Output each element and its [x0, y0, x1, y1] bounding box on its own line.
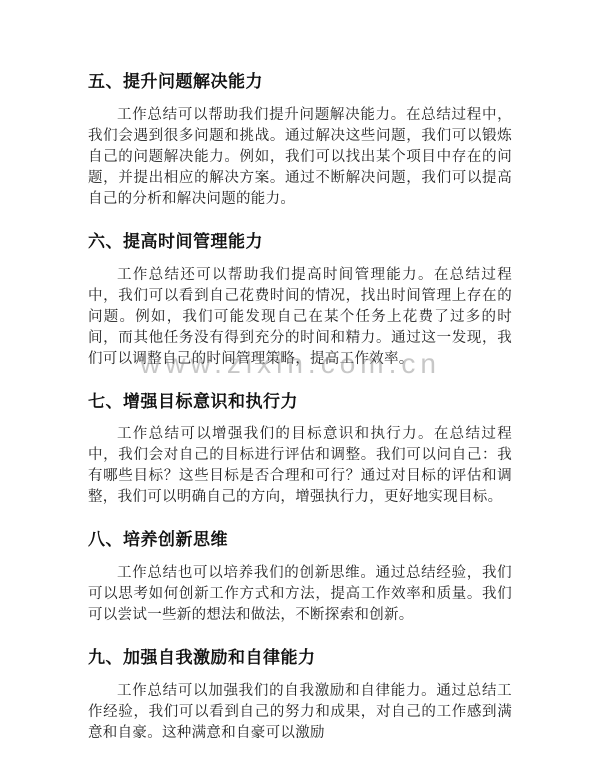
- section-8: 八、培养创新思维 工作总结也可以培养我们的创新思维。通过总结经验，我们可以思考如…: [88, 528, 512, 626]
- section-6: 六、提高时间管理能力 工作总结还可以帮助我们提高时间管理能力。在总结过程中，我们…: [88, 230, 512, 370]
- section-6-heading: 六、提高时间管理能力: [88, 230, 512, 254]
- section-8-paragraph: 工作总结也可以培养我们的创新思维。通过总结经验，我们可以思考如何创新工作方式和方…: [88, 563, 512, 626]
- section-9-paragraph: 工作总结可以加强我们的自我激励和自律能力。通过总结工作经验，我们可以看到自己的努…: [88, 681, 512, 744]
- section-6-paragraph: 工作总结还可以帮助我们提高时间管理能力。在总结过程中，我们可以看到自己花费时间的…: [88, 265, 512, 370]
- section-9-heading: 九、加强自我激励和自律能力: [88, 646, 512, 670]
- section-9: 九、加强自我激励和自律能力 工作总结可以加强我们的自我激励和自律能力。通过总结工…: [88, 646, 512, 744]
- section-5-heading: 五、提升问题解决能力: [88, 70, 512, 94]
- section-7-heading: 七、增强目标意识和执行力: [88, 390, 512, 414]
- document-content: 五、提升问题解决能力 工作总结可以帮助我们提升问题解决能力。在总结过程中，我们会…: [88, 70, 512, 744]
- section-5: 五、提升问题解决能力 工作总结可以帮助我们提升问题解决能力。在总结过程中，我们会…: [88, 70, 512, 210]
- section-5-paragraph: 工作总结可以帮助我们提升问题解决能力。在总结过程中，我们会遇到很多问题和挑战。通…: [88, 105, 512, 210]
- section-7: 七、增强目标意识和执行力 工作总结可以增强我们的目标意识和执行力。在总结过程中，…: [88, 390, 512, 509]
- section-8-heading: 八、培养创新思维: [88, 528, 512, 552]
- section-7-paragraph: 工作总结可以增强我们的目标意识和执行力。在总结过程中，我们会对自己的目标进行评估…: [88, 424, 512, 508]
- document-page: www.zixin.com.cn 五、提升问题解决能力 工作总结可以帮助我们提升…: [0, 0, 600, 776]
